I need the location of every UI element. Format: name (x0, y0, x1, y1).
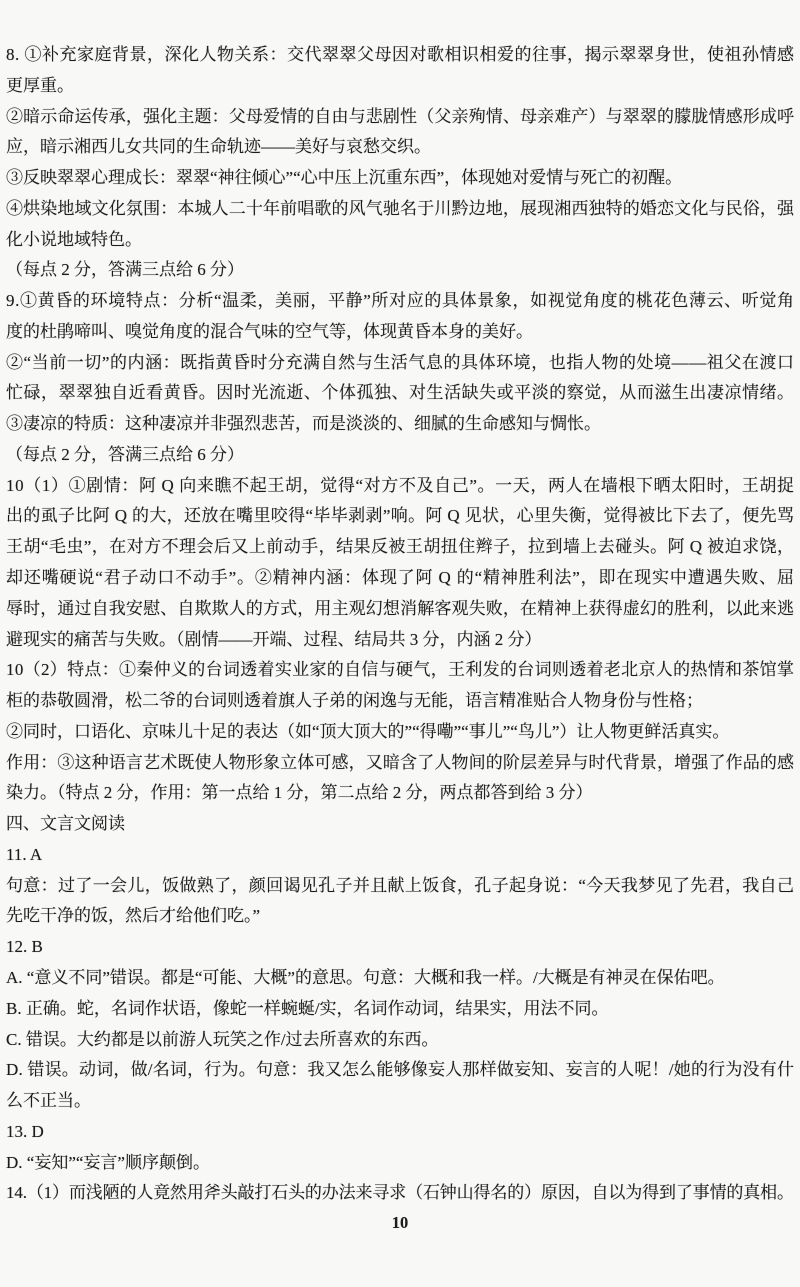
answer-q12: 12. BA. “意义不同”错误。都是“可能、大概”的意思。句意：大概和我一样。… (6, 932, 794, 1117)
answer-q11: 11. A句意：过了一会儿，饭做熟了，颜回谒见孔子并且献上饭食，孔子起身说：“今… (6, 840, 794, 932)
text-line: 辱时，通过自我安慰、自欺欺人的方式，用主观幻想消解客观失败，在精神上获得虚幻的胜… (6, 594, 794, 625)
text-line: 避现实的痛苦与失败。（剧情——开端、过程、结局共 3 分，内涵 2 分） (6, 625, 794, 656)
answer-q10-1: 10（1）①剧情：阿 Q 向来瞧不起王胡，觉得“对方不及自己”。一天，两人在墙根… (6, 471, 794, 656)
text-line: D. “妄知”“妄言”顺序颠倒。 (6, 1148, 794, 1179)
text-line: A. “意义不同”错误。都是“可能、大概”的意思。句意：大概和我一样。/大概是有… (6, 963, 794, 994)
text-line: ③反映翠翠心理成长：翠翠“神往倾心”“心中压上沉重东西”，体现她对爱情与死亡的初… (6, 163, 794, 194)
text-line: ④烘染地域文化氛围：本城人二十年前唱歌的风气驰名于川黔边地，展现湘西独特的婚恋文… (6, 194, 794, 225)
text-line: C. 错误。大约都是以前游人玩笑之作/过去所喜欢的东西。 (6, 1025, 794, 1056)
text-line: 出的虱子比阿 Q 的大，还放在嘴里咬得“毕毕剥剥”响。阿 Q 见状，心里失衡，觉… (6, 501, 794, 532)
text-line: 14.（1）而浅陋的人竟然用斧头敲打石头的办法来寻求（石钟山得名的）原因，自以为… (6, 1178, 794, 1209)
text-line: 11. A (6, 840, 794, 871)
answer-q8: 8. ①补充家庭背景，深化人物关系：交代翠翠父母因对歌相识相爱的往事，揭示翠翠身… (6, 40, 794, 286)
text-line: 染力。（特点 2 分，作用：第一点给 1 分，第二点给 2 分，两点都答到给 3… (6, 778, 794, 809)
document-body: 8. ①补充家庭背景，深化人物关系：交代翠翠父母因对歌相识相爱的往事，揭示翠翠身… (6, 40, 794, 1209)
text-line: 10（2）特点：①秦仲义的台词透着实业家的自信与硬气，王利发的台词则透着老北京人… (6, 655, 794, 686)
text-line: 更厚重。 (6, 71, 794, 102)
text-line: 应，暗示湘西儿女共同的生命轨迹——美好与哀愁交织。 (6, 132, 794, 163)
text-line: 作用：③这种语言艺术既使人物形象立体可感，又暗含了人物间的阶层差异与时代背景，增… (6, 748, 794, 779)
text-line: ②“当前一切”的内涵：既指黄昏时分充满自然与生活气息的具体环境，也指人物的处境—… (6, 348, 794, 379)
answer-q14: 14.（1）而浅陋的人竟然用斧头敲打石头的办法来寻求（石钟山得名的）原因，自以为… (6, 1178, 794, 1209)
answer-q10-2: 10（2）特点：①秦仲义的台词透着实业家的自信与硬气，王利发的台词则透着老北京人… (6, 655, 794, 809)
text-line: （每点 2 分，答满三点给 6 分） (6, 255, 794, 286)
text-line: 度的杜鹃啼叫、嗅觉角度的混合气味的空气等，体现黄昏本身的美好。 (6, 317, 794, 348)
text-line: （每点 2 分，答满三点给 6 分） (6, 440, 794, 471)
page-number: 10 (392, 1213, 409, 1232)
section-heading-4: 四、文言文阅读 (6, 809, 794, 840)
text-line: 9.①黄昏的环境特点：分析“温柔，美丽，平静”所对应的具体景象，如视觉角度的桃花… (6, 286, 794, 317)
text-line: 12. B (6, 932, 794, 963)
text-line: 四、文言文阅读 (6, 809, 794, 840)
text-line: ③凄凉的特质：这种凄凉并非强烈悲苦，而是淡淡的、细腻的生命感知与惆怅。 (6, 409, 794, 440)
text-line: D. 错误。动词，做/名词，行为。句意：我又怎么能够像妄人那样做妄知、妄言的人呢… (6, 1055, 794, 1086)
text-line: 10（1）①剧情：阿 Q 向来瞧不起王胡，觉得“对方不及自己”。一天，两人在墙根… (6, 471, 794, 502)
text-line: 却还嘴硬说“君子动口不动手”。②精神内涵：体现了阿 Q 的“精神胜利法”，即在现… (6, 563, 794, 594)
text-line: 句意：过了一会儿，饭做熟了，颜回谒见孔子并且献上饭食，孔子起身说：“今天我梦见了… (6, 871, 794, 902)
text-line: ②同时，口语化、京味儿十足的表达（如“顶大顶大的”“得嘞”“事儿”“鸟儿”）让人… (6, 717, 794, 748)
text-line: 忙碌，翠翠独自近看黄昏。因时光流逝、个体孤独、对生活缺失或平淡的察觉，从而滋生出… (6, 378, 794, 409)
text-line: 13. D (6, 1117, 794, 1148)
text-line: 8. ①补充家庭背景，深化人物关系：交代翠翠父母因对歌相识相爱的往事，揭示翠翠身… (6, 40, 794, 71)
text-line: 化小说地域特色。 (6, 225, 794, 256)
text-line: B. 正确。蛇，名词作状语，像蛇一样蜿蜒/实，名词作动词，结果实，用法不同。 (6, 994, 794, 1025)
text-line: 柜的恭敬圆滑，松二爷的台词则透着旗人子弟的闲逸与无能，语言精准贴合人物身份与性格… (6, 686, 794, 717)
text-line: ②暗示命运传承，强化主题：父母爱情的自由与悲剧性（父亲殉情、母亲难产）与翠翠的朦… (6, 102, 794, 133)
text-line: 么不正当。 (6, 1086, 794, 1117)
page-footer: 10 (0, 1213, 800, 1233)
answer-q9: 9.①黄昏的环境特点：分析“温柔，美丽，平静”所对应的具体景象，如视觉角度的桃花… (6, 286, 794, 471)
answer-q13: 13. DD. “妄知”“妄言”顺序颠倒。 (6, 1117, 794, 1179)
text-line: 王胡“毛虫”，在对方不理会后又上前动手，结果反被王胡扭住辫子，拉到墙上去碰头。阿… (6, 532, 794, 563)
text-line: 先吃干净的饭，然后才给他们吃。” (6, 901, 794, 932)
